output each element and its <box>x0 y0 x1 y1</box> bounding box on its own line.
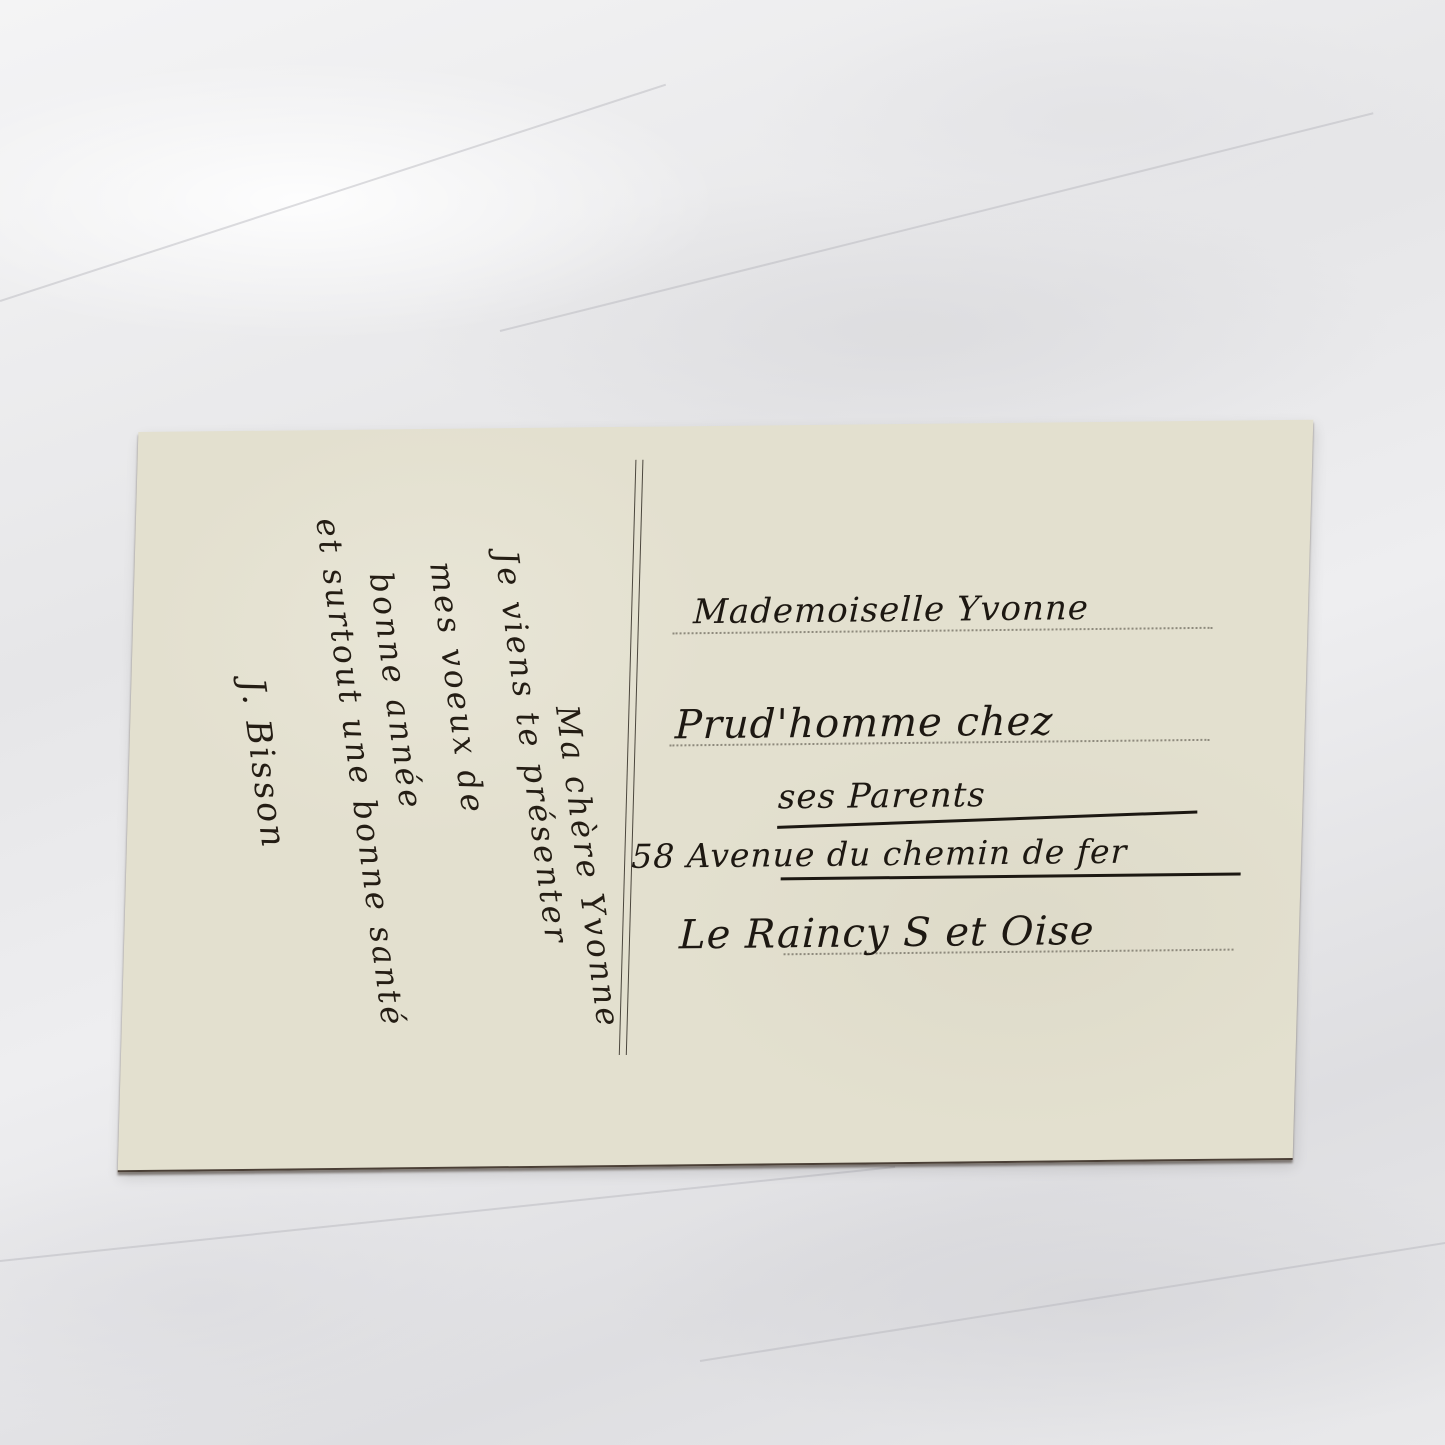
postcard: Ma chère Yvonne Je viens te présenter me… <box>118 420 1314 1173</box>
address-line-5: Le Raincy S et Oise <box>678 908 1095 958</box>
message-line: mes voeux de <box>422 559 493 818</box>
message-area: Ma chère Yvonne Je viens te présenter me… <box>179 487 597 1131</box>
address-underline <box>781 873 1241 881</box>
photo-scene: Ma chère Yvonne Je viens te présenter me… <box>0 0 1445 1445</box>
address-line-3: ses Parents <box>777 775 986 817</box>
address-line-1: Mademoiselle Yvonne <box>693 588 1090 632</box>
address-line-4: 58 Avenue du chemin de fer <box>631 832 1128 876</box>
address-line-2: Prud'homme chez <box>674 698 1054 748</box>
postcard-divider <box>619 460 644 1055</box>
signature: J. Bisson <box>232 676 294 853</box>
